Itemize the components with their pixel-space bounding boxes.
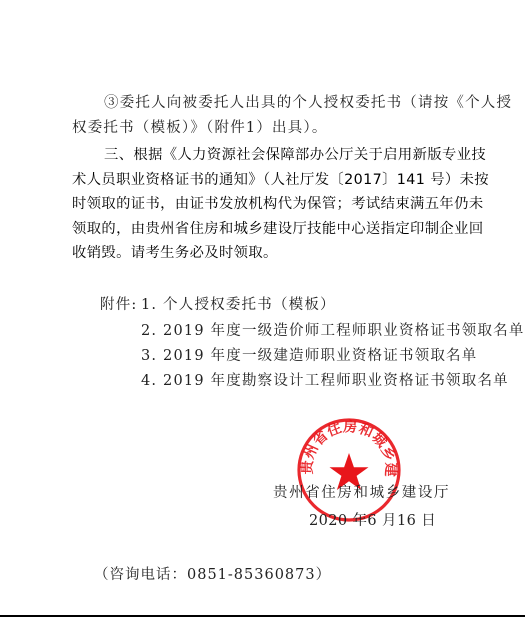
signature-date: 2020 年6 月16 日: [309, 512, 436, 530]
paragraph-three-line-5: 收销毁。请考生务必及时领取。: [72, 244, 278, 262]
signature-issuer: 贵州省住房和城乡建设厅: [273, 484, 450, 502]
paragraph-three-line-2: 术人员职业资格证书的通知》（人社厅发〔2017〕141 号）未按: [72, 171, 489, 189]
attachment-item-2: 2. 2019 年度一级造价师工程师职业资格证书领取名单: [141, 322, 525, 340]
paragraph-three-line-1: 三、根据《人力资源社会保障部办公厅关于启用新版专业技: [104, 146, 486, 164]
attachments-label: 附件:: [100, 296, 138, 314]
official-seal: 贵州省住房和城乡建设厅: [296, 417, 402, 523]
document-page: ③委托人向被委托人出具的个人授权委托书（请按《个人授 权委托书（模板）》（附件1…: [0, 0, 525, 617]
attachment-item-3: 3. 2019 年度一级建造师职业资格证书领取名单: [141, 347, 477, 365]
paragraph-item3-line-2: 权委托书（模板）》（附件1）出具）。: [72, 119, 328, 137]
paragraph-three-line-3: 时领取的证书，由证书发放机构代为保管；考试结束满五年仍未: [72, 195, 484, 213]
contact-phone: （咨询电话：0851-85360873）: [94, 566, 331, 584]
attachment-item-1: 1. 个人授权委托书（模板）: [141, 296, 336, 314]
paragraph-item3-line-1: ③委托人向被委托人出具的个人授权委托书（请按《个人授: [104, 94, 512, 112]
attachment-item-4: 4. 2019 年度勘察设计工程师职业资格证书领取名单: [141, 372, 509, 390]
paragraph-three-line-4: 领取的，由贵州省住房和城乡建设厅技能中心送指定印制企业回: [72, 220, 484, 238]
